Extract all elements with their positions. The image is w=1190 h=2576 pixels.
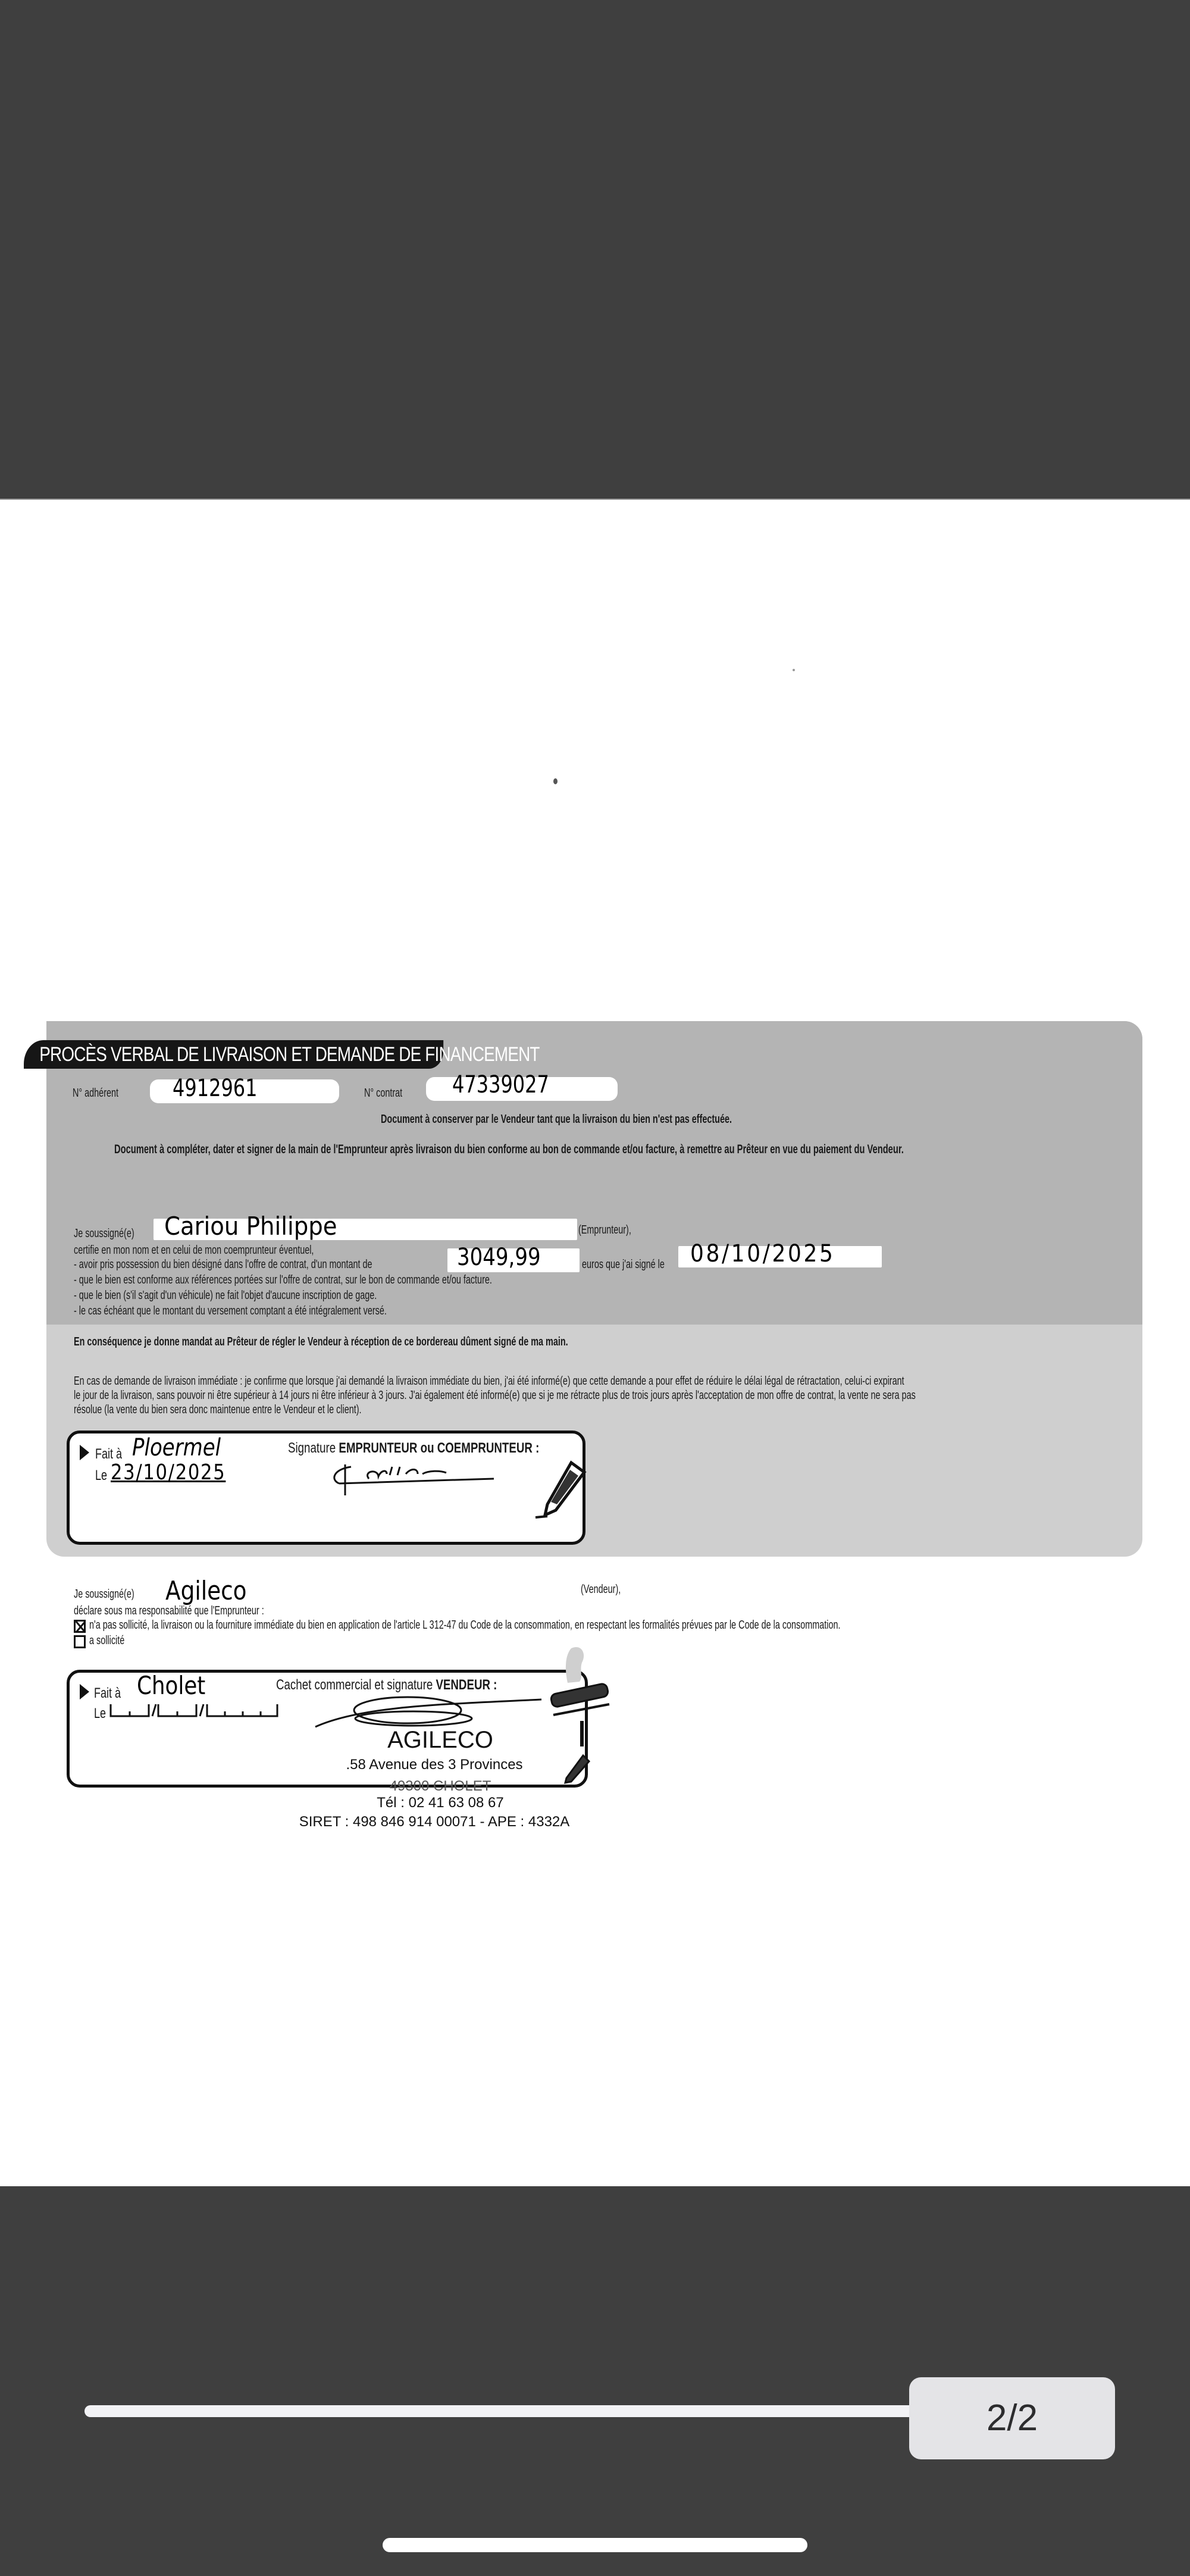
borrower-role-label: (Emprunteur), bbox=[578, 1223, 631, 1237]
signed-date: 08/10/2025 bbox=[690, 1240, 835, 1267]
document-title: PROCÈS VERBAL DE LIVRAISON ET DEMANDE DE… bbox=[24, 1040, 443, 1069]
vendor-role-label: (Vendeur), bbox=[581, 1583, 621, 1597]
mandate-text: En conséquence je donne mandat au Prêteu… bbox=[74, 1335, 568, 1349]
borrower-name: Cariou Philippe bbox=[164, 1212, 337, 1241]
stamp-label-bold: VENDEUR : bbox=[436, 1677, 497, 1693]
option-solicited-label: a sollicité bbox=[89, 1634, 124, 1648]
stamp-label-prefix: Cachet commercial et signature bbox=[276, 1677, 433, 1693]
conform-line: - que le bien est conforme aux référence… bbox=[74, 1273, 492, 1287]
home-indicator[interactable] bbox=[383, 2538, 807, 2552]
possession-line-end: euros que j'ai signé le bbox=[582, 1258, 665, 1272]
contrat-label: N° contrat bbox=[364, 1087, 402, 1100]
page-indicator[interactable]: 2/2 bbox=[909, 2377, 1115, 2459]
option-solicited-checkbox[interactable] bbox=[74, 1635, 86, 1648]
scan-speck bbox=[553, 778, 558, 784]
arrow-marker-icon bbox=[80, 1445, 89, 1460]
stamp-siret: SIRET : 498 846 914 00071 - APE : 4332A bbox=[238, 1814, 631, 1830]
vendor-stamp-label: Cachet commercial et signature VENDEUR : bbox=[276, 1677, 497, 1694]
stamp-phone: Tél : 02 41 63 08 67 bbox=[333, 1795, 547, 1811]
vendor-name: Agileco bbox=[165, 1576, 247, 1606]
borrower-le-label: Le bbox=[95, 1467, 107, 1484]
vendor-fait-a-label: Fait à bbox=[94, 1685, 121, 1702]
scan-speck bbox=[793, 669, 795, 671]
viewer-top-bar bbox=[0, 0, 1190, 499]
option-not-solicited-checkbox[interactable] bbox=[74, 1620, 86, 1633]
borrower-soussigne-label: Je soussigné(e) bbox=[74, 1227, 134, 1241]
adherent-label: N° adhérent bbox=[73, 1087, 118, 1100]
immediate-delivery-line-2: le jour de la livraison, sans pouvoir ni… bbox=[74, 1389, 916, 1403]
adherent-value: 4912961 bbox=[173, 1075, 258, 1102]
payment-line: - le cas échéant que le montant du verse… bbox=[74, 1304, 387, 1318]
arrow-marker-icon bbox=[80, 1684, 89, 1699]
stamp-city: 49300 CHOLET bbox=[333, 1778, 547, 1795]
borrower-sign-date: 23/10/2025 bbox=[111, 1460, 226, 1485]
option-not-solicited-label: n'a pas sollicité, la livraison ou la fo… bbox=[89, 1619, 840, 1632]
signature-label-prefix: Signature bbox=[288, 1440, 336, 1456]
stamp-address: .58 Avenue des 3 Provinces bbox=[297, 1757, 571, 1773]
stamp-company-name: AGILECO bbox=[333, 1727, 547, 1754]
immediate-delivery-line-3: résolue (la vente du bien sera donc main… bbox=[74, 1403, 362, 1417]
vendor-soussigne-label: Je soussigné(e) bbox=[74, 1588, 134, 1601]
immediate-delivery-line-1: En cas de demande de livraison immédiate… bbox=[74, 1375, 904, 1388]
complete-notice: Document à compléter, dater et signer de… bbox=[114, 1143, 904, 1157]
amount-value: 3049,99 bbox=[457, 1244, 541, 1271]
vendor-date-boxes bbox=[108, 1702, 281, 1720]
signature-label-bold: EMPRUNTEUR ou COEMPRUNTEUR : bbox=[339, 1440, 539, 1456]
contrat-value: 47339027 bbox=[452, 1071, 549, 1098]
possession-line: - avoir pris possession du bien désigné … bbox=[74, 1258, 372, 1272]
borrower-signature-label: Signature EMPRUNTEUR ou COEMPRUNTEUR : bbox=[288, 1440, 539, 1457]
vendor-declare-line: déclare sous ma responsabilité que l'Emp… bbox=[74, 1604, 264, 1618]
certify-line: certifie en mon nom et en celui de mon c… bbox=[74, 1244, 314, 1257]
page-scrubber[interactable] bbox=[84, 2405, 917, 2417]
pen-icon bbox=[535, 1458, 589, 1523]
borrower-signature bbox=[327, 1461, 506, 1508]
borrower-place: Ploermel bbox=[132, 1434, 221, 1461]
vendor-le-label: Le bbox=[94, 1705, 106, 1722]
gage-line: - que le bien (s'il s'agit d'un véhicule… bbox=[74, 1289, 377, 1303]
vendor-place: Cholet bbox=[137, 1671, 205, 1700]
vendor-notice: Document à conserver par le Vendeur tant… bbox=[381, 1113, 732, 1126]
